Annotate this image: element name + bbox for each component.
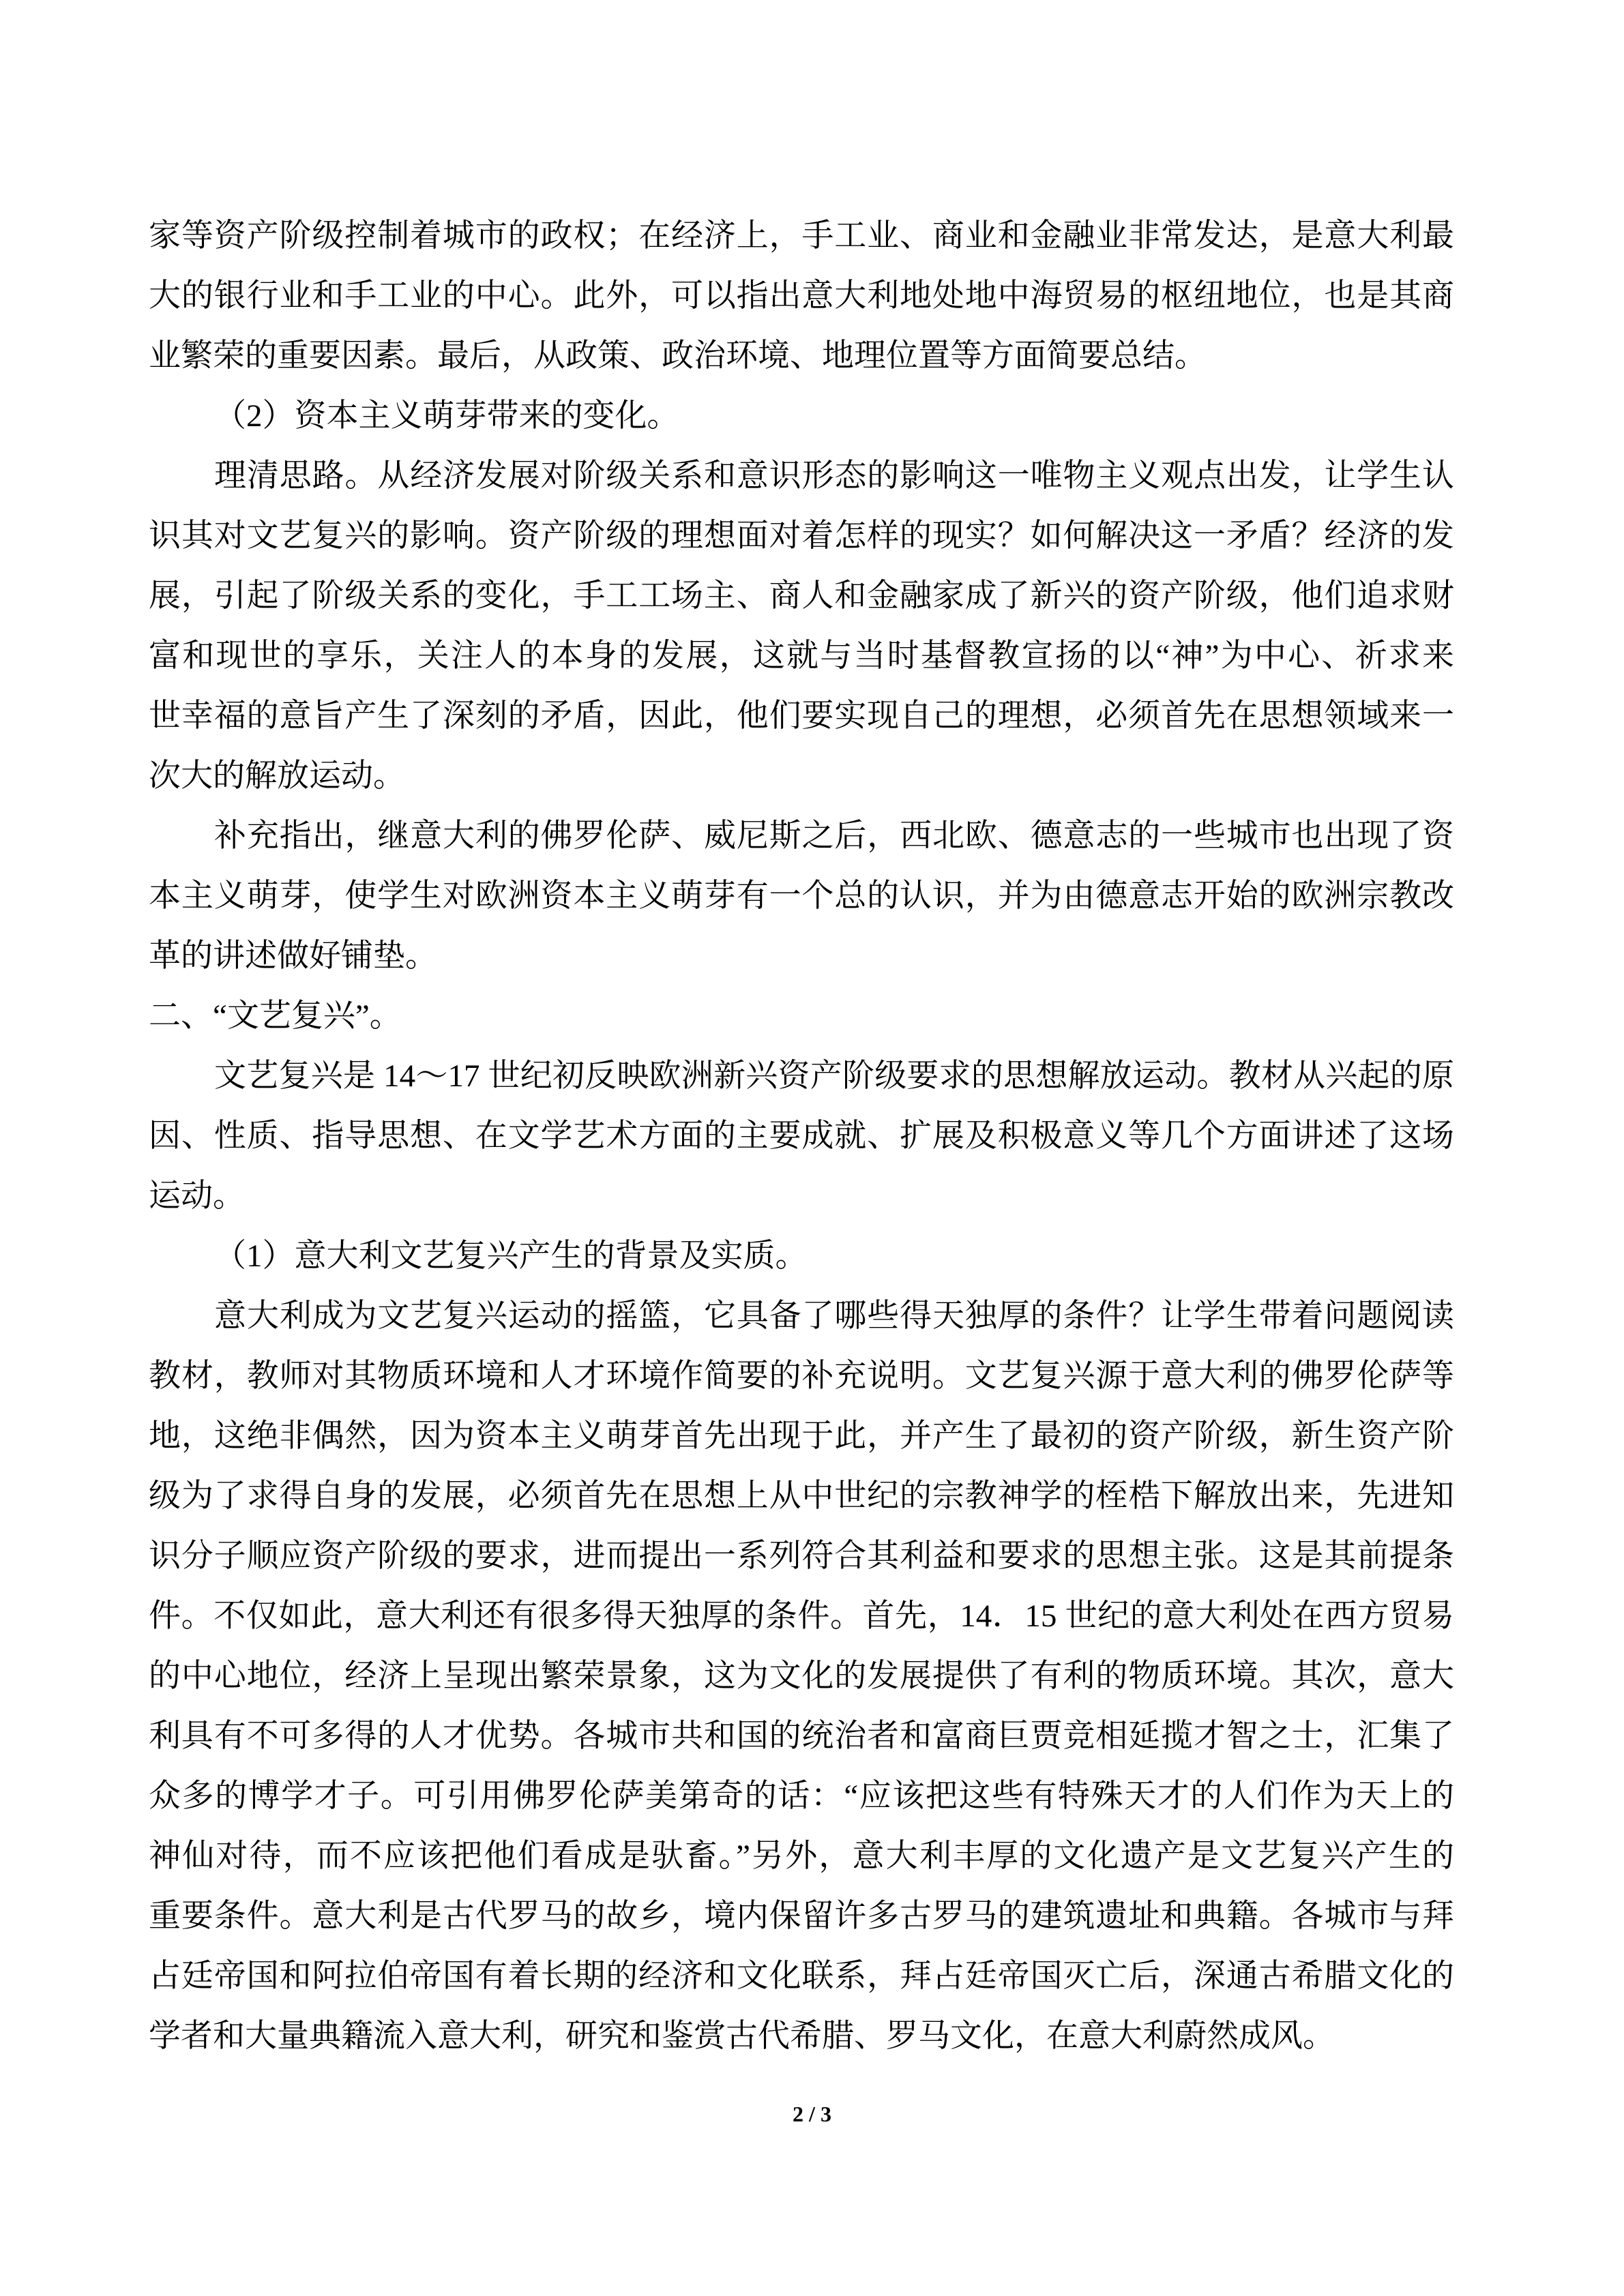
text-line: 件。不仅如此，意大利还有很多得天独厚的条件。首先，14．15 世纪的意大利处在西…	[149, 1586, 1454, 1646]
page-number: 2 / 3	[0, 2100, 1624, 2128]
section-heading-renaissance: 二、“文艺复兴”。	[149, 986, 1454, 1046]
text-line: 意大利成为文艺复兴运动的摇篮，它具备了哪些得天独厚的条件？让学生带着问题阅读	[149, 1286, 1454, 1346]
text-line: 地，这绝非偶然，因为资本主义萌芽首先出现于此，并产生了最初的资产阶级，新生资产阶	[149, 1406, 1454, 1466]
subheading-capitalism-changes: （2）资本主义萌芽带来的变化。	[149, 386, 1454, 446]
text-line: 家等资产阶级控制着城市的政权；在经济上，手工业、商业和金融业非常发达，是意大利最	[149, 206, 1454, 266]
text-line: 因、性质、指导思想、在文学艺术方面的主要成就、扩展及积极意义等几个方面讲述了这场	[149, 1106, 1454, 1166]
document-page: 家等资产阶级控制着城市的政权；在经济上，手工业、商业和金融业非常发达，是意大利最…	[0, 0, 1624, 2296]
text-line: 教材，教师对其物质环境和人才环境作简要的补充说明。文艺复兴源于意大利的佛罗伦萨等	[149, 1346, 1454, 1406]
text-line: 世幸福的意旨产生了深刻的矛盾，因此，他们要实现自己的理想，必须首先在思想领域来一	[149, 686, 1454, 746]
text-line: 本主义萌芽，使学生对欧洲资本主义萌芽有一个总的认识，并为由德意志开始的欧洲宗教改	[149, 866, 1454, 926]
text-line: 识其对文艺复兴的影响。资产阶级的理想面对着怎样的现实？如何解决这一矛盾？经济的发	[149, 506, 1454, 566]
text-line: 利具有不可多得的人才优势。各城市共和国的统治者和富商巨贾竞相延揽才智之士，汇集了	[149, 1706, 1454, 1766]
text-line: 大的银行业和手工业的中心。此外，可以指出意大利地处地中海贸易的枢纽地位，也是其商	[149, 266, 1454, 326]
text-line: 革的讲述做好铺垫。	[149, 926, 1454, 986]
text-line: 神仙对待，而不应该把他们看成是驮畜。”另外，意大利丰厚的文化遗产是文艺复兴产生的	[149, 1826, 1454, 1886]
text-line: 占廷帝国和阿拉伯帝国有着长期的经济和文化联系，拜占廷帝国灭亡后，深通古希腊文化的	[149, 1946, 1454, 2006]
text-line: 运动。	[149, 1166, 1454, 1226]
text-line: 理清思路。从经济发展对阶级关系和意识形态的影响这一唯物主义观点出发，让学生认	[149, 446, 1454, 506]
text-line: 展，引起了阶级关系的变化，手工工场主、商人和金融家成了新兴的资产阶级，他们追求财	[149, 566, 1454, 626]
text-line: 识分子顺应资产阶级的要求，进而提出一系列符合其利益和要求的思想主张。这是其前提条	[149, 1526, 1454, 1586]
text-line: 级为了求得自身的发展，必须首先在思想上从中世纪的宗教神学的桎梏下解放出来，先进知	[149, 1466, 1454, 1526]
text-line: 补充指出，继意大利的佛罗伦萨、威尼斯之后，西北欧、德意志的一些城市也出现了资	[149, 806, 1454, 866]
body-text: 家等资产阶级控制着城市的政权；在经济上，手工业、商业和金融业非常发达，是意大利最…	[149, 206, 1454, 2066]
text-line: 文艺复兴是 14～17 世纪初反映欧洲新兴资产阶级要求的思想解放运动。教材从兴起…	[149, 1046, 1454, 1106]
text-line: 业繁荣的重要因素。最后，从政策、政治环境、地理位置等方面简要总结。	[149, 326, 1454, 386]
text-line: 的中心地位，经济上呈现出繁荣景象，这为文化的发展提供了有利的物质环境。其次，意大	[149, 1646, 1454, 1706]
subheading-italy-background: （1）意大利文艺复兴产生的背景及实质。	[149, 1226, 1454, 1286]
text-line: 众多的博学才子。可引用佛罗伦萨美第奇的话：“应该把这些有特殊天才的人们作为天上的	[149, 1766, 1454, 1826]
text-line: 学者和大量典籍流入意大利，研究和鉴赏古代希腊、罗马文化，在意大利蔚然成风。	[149, 2006, 1454, 2066]
text-line: 富和现世的享乐，关注人的本身的发展，这就与当时基督教宣扬的以“神”为中心、祈求来	[149, 626, 1454, 686]
text-line: 重要条件。意大利是古代罗马的故乡，境内保留许多古罗马的建筑遗址和典籍。各城市与拜	[149, 1886, 1454, 1946]
text-line: 次大的解放运动。	[149, 746, 1454, 806]
